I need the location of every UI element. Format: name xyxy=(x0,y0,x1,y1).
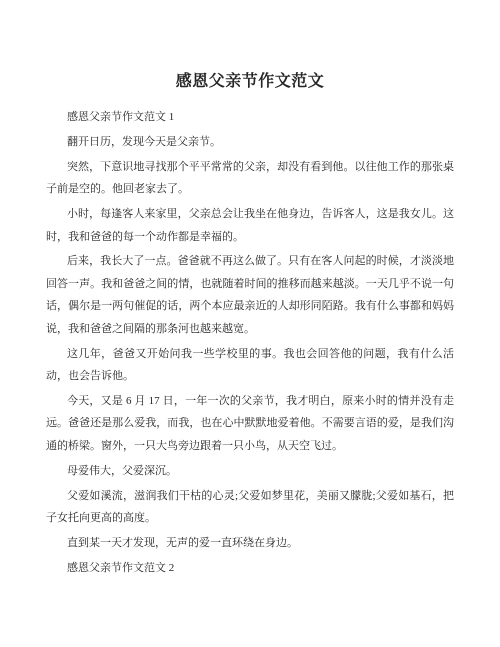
document-title: 感恩父亲节作文范文 xyxy=(46,69,454,95)
paragraph: 后来，我长大了一点。爸爸就不再这么做了。只有在客人问起的时候，才淡淡地回答一声。… xyxy=(46,250,454,340)
paragraph: 今天，又是 6 月 17 日，一年一次的父亲节，我才明白，原来小时的情并没有走远… xyxy=(46,390,454,457)
paragraph: 突然，下意识地寻找那个平平常常的父亲，却没有看到他。以往他工作的那张桌子前是空的… xyxy=(46,156,454,201)
paragraph: 这几年，爸爸又开始问我一些学校里的事。我也会回答他的问题，我有什么活动，也会告诉… xyxy=(46,343,454,388)
paragraph: 母爱伟大，父爱深沉。 xyxy=(46,460,454,482)
paragraph: 父爱如溪流，滋润我们干枯的心灵;父爱如梦里花，美丽又朦胧;父爱如基石，把子女托向… xyxy=(46,485,454,530)
paragraph: 感恩父亲节作文范文 2 xyxy=(46,557,454,579)
paragraph: 小时，每逢客人来家里，父亲总会让我坐在他身边，告诉客人，这是我女儿。这时，我和爸… xyxy=(46,203,454,248)
paragraph: 感恩父亲节作文范文 1 xyxy=(46,106,454,128)
paragraph: 直到某一天才发现，无声的爱一直环绕在身边。 xyxy=(46,532,454,554)
paragraph: 翻开日历，发现今天是父亲节。 xyxy=(46,131,454,153)
document-page: 感恩父亲节作文范文 感恩父亲节作文范文 1翻开日历，发现今天是父亲节。突然，下意… xyxy=(0,0,500,647)
document-body: 感恩父亲节作文范文 1翻开日历，发现今天是父亲节。突然，下意识地寻找那个平平常常… xyxy=(46,106,454,579)
